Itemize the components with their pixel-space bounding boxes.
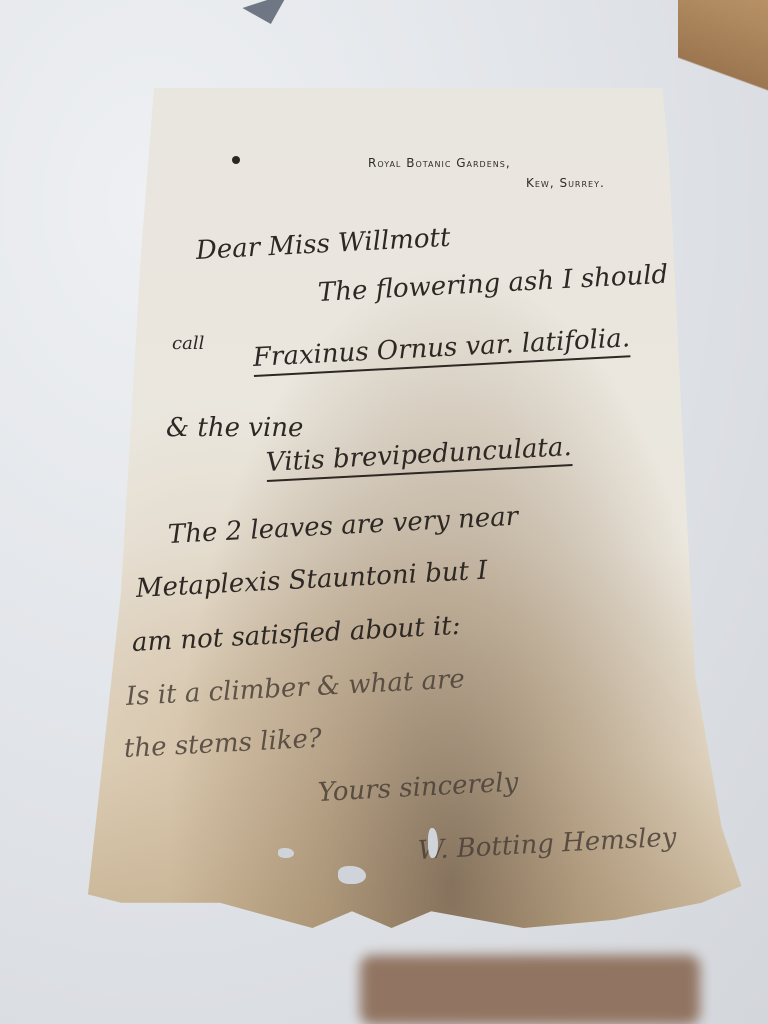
body-line-vine: & the vine	[166, 413, 303, 443]
paper-hole	[278, 848, 294, 858]
body-line-metaplexis: Metaplexis Stauntoni but I	[135, 556, 488, 604]
species-fraxinus: Fraxinus Ornus var. latifolia.	[252, 323, 630, 373]
stain-shadow	[360, 955, 700, 1024]
body-line-call: call	[172, 333, 204, 354]
closing: Yours sincerely	[317, 768, 519, 808]
letterhead-line-1: Royal Botanic Gardens,	[368, 156, 511, 170]
letterhead-line-2: Kew, Surrey.	[526, 176, 605, 190]
body-line-stems: the stems like?	[123, 724, 322, 764]
paper-hole	[338, 866, 366, 884]
wooden-table-corner	[678, 0, 768, 130]
paper-tear	[428, 828, 438, 858]
ink-spot	[232, 156, 240, 164]
letterhead: Royal Botanic Gardens, Kew, Surrey.	[368, 156, 605, 190]
species-vitis: Vitis brevipedunculata.	[265, 432, 572, 478]
letter-sheet: Royal Botanic Gardens, Kew, Surrey. Dear…	[88, 88, 748, 928]
body-line-leaves: The 2 leaves are very near	[167, 502, 519, 550]
signature: W. Botting Hemsley	[417, 822, 677, 866]
body-line-climber: Is it a climber & what are	[125, 664, 465, 712]
body-line-satisfied: am not satisfied about it:	[131, 611, 461, 658]
salutation: Dear Miss Willmott	[195, 223, 451, 266]
body-line-1: The flowering ash I should	[317, 260, 669, 308]
